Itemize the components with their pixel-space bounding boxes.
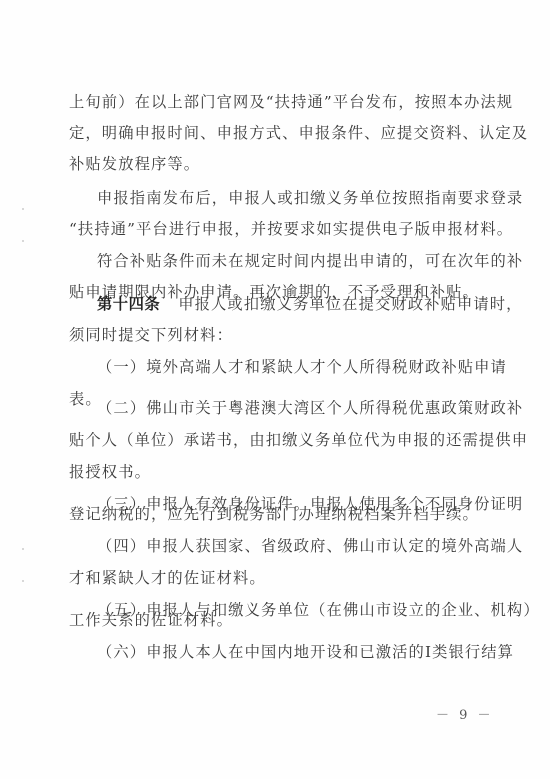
text-line: 定，明确申报时间、申报方式、申报条件、应提交资料、认定及 — [69, 123, 459, 143]
article-line: 第十四条申报人或扣缴义务单位在提交财政补贴申请时， — [97, 294, 487, 314]
scan-speck — [22, 580, 24, 582]
text-line: 才和紧缺人才的佐证材料。 — [69, 568, 459, 588]
scan-speck — [22, 240, 24, 242]
page-number: － 9 － — [436, 704, 494, 723]
scan-speck — [22, 208, 24, 210]
text-line: 须同时提交下列材料： — [69, 325, 459, 345]
text-line: 补贴发放程序等。 — [69, 154, 459, 174]
text-line: “扶持通”平台进行申报，并按要求如实提供电子版申报材料。 — [69, 219, 459, 239]
scan-speck — [22, 548, 24, 550]
text-line: 申报指南发布后，申报人或扣缴义务单位按照指南要求登录 — [97, 188, 487, 208]
text-line: （四）申报人获国家、省级政府、佛山市认定的境外高端人 — [97, 536, 487, 556]
text-line: 登记纳税的，应先行到税务部门办理纳税档案并档手续。 — [69, 504, 459, 524]
text-line: （六）申报人本人在中国内地开设和已激活的Ⅰ类银行结算 — [97, 642, 487, 662]
document-page: 上旬前）在以上部门官网及“扶持通”平台发布，按照本办法规 定，明确申报时间、申报… — [0, 0, 550, 779]
article-heading: 第十四条 — [97, 295, 160, 313]
text-line: 工作关系的佐证材料。 — [69, 610, 459, 630]
text-line: （一）境外高端人才和紧缺人才个人所得税财政补贴申请 — [97, 357, 487, 377]
text-line: 上旬前）在以上部门官网及“扶持通”平台发布，按照本办法规 — [69, 92, 459, 112]
text-line: 贴个人（单位）承诺书，由扣缴义务单位代为申报的还需提供申 — [69, 430, 459, 450]
text-line: 报授权书。 — [69, 462, 459, 482]
text-line: （二）佛山市关于粤港澳大湾区个人所得税优惠政策财政补 — [97, 398, 487, 418]
text-line: 符合补贴条件而未在规定时间内提出申请的，可在次年的补 — [97, 251, 487, 271]
text-span: 申报人或扣缴义务单位在提交财政补贴申请时， — [178, 295, 522, 313]
